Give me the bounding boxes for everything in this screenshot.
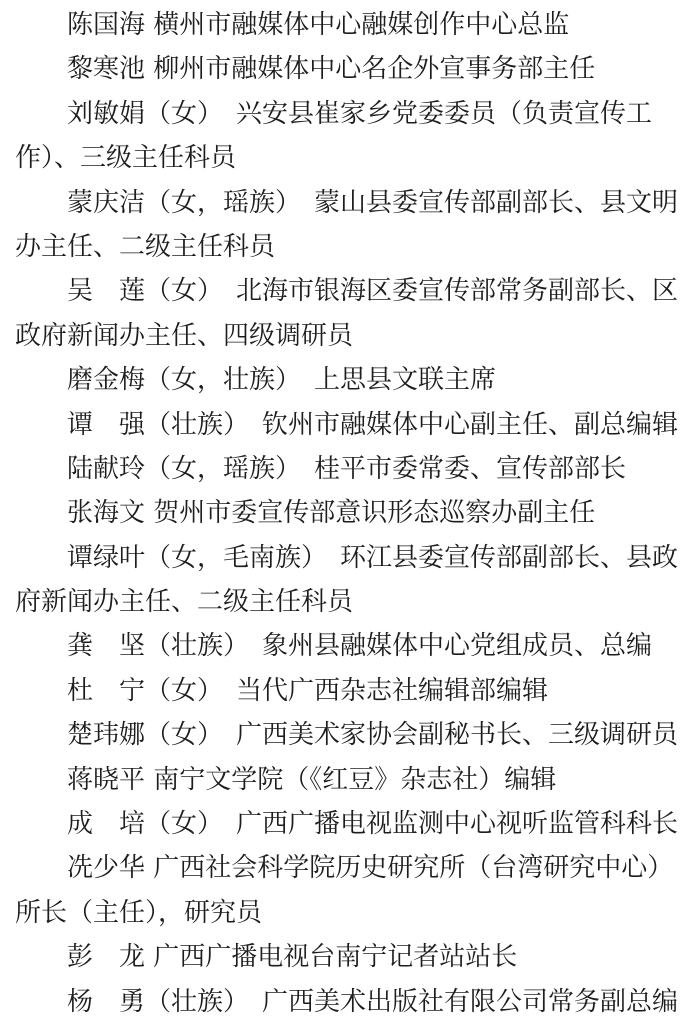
roster-line: 杜 宁（女） 当代广西杂志社编辑部编辑 xyxy=(15,669,696,713)
roster-line: 谭 强（壮族） 钦州市融媒体中心副主任、副总编辑 xyxy=(15,403,696,447)
roster-line: 磨金梅（女，壮族） 上思县文联主席 xyxy=(15,358,696,402)
document-lines: 陈国海 横州市融媒体中心融媒创作中心总监黎寒池 柳州市融媒体中心名企外宣事务部主… xyxy=(15,3,696,1024)
roster-line: 冼少华 广西社会科学院历史研究所（台湾研究中心） xyxy=(15,846,696,890)
roster-line: 陆献玲（女，瑶族） 桂平市委常委、宣传部部长 xyxy=(15,447,696,491)
roster-line: 蒋晓平 南宁文学院（《红豆》杂志社）编辑 xyxy=(15,758,696,802)
roster-line: 作）、三级主任科员 xyxy=(15,136,696,180)
roster-line: 龚 坚（壮族） 象州县融媒体中心党组成员、总编 xyxy=(15,624,696,668)
roster-line: 楚玮娜（女） 广西美术家协会副秘书长、三级调研员 xyxy=(15,713,696,757)
roster-line: 黎寒池 柳州市融媒体中心名企外宣事务部主任 xyxy=(15,47,696,91)
roster-line: 府新闻办主任、二级主任科员 xyxy=(15,580,696,624)
roster-line: 张海文 贺州市委宣传部意识形态巡察办副主任 xyxy=(15,491,696,535)
roster-line: 刘敏娟（女） 兴安县崔家乡党委委员（负责宣传工 xyxy=(15,92,696,136)
roster-line: 成 培（女） 广西广播电视监测中心视听监管科科长 xyxy=(15,802,696,846)
roster-line: 吴 莲（女） 北海市银海区委宣传部常务副部长、区 xyxy=(15,269,696,313)
roster-line: 办主任、二级主任科员 xyxy=(15,225,696,269)
roster-line: 杨 勇（壮族） 广西美术出版社有限公司常务副总编 xyxy=(15,980,696,1024)
roster-line: 谭绿叶（女，毛南族） 环江县委宣传部副部长、县政 xyxy=(15,536,696,580)
roster-line: 彭 龙 广西广播电视台南宁记者站站长 xyxy=(15,935,696,979)
roster-line: 陈国海 横州市融媒体中心融媒创作中心总监 xyxy=(15,3,696,47)
document-page: 陈国海 横州市融媒体中心融媒创作中心总监黎寒池 柳州市融媒体中心名企外宣事务部主… xyxy=(0,0,700,1027)
roster-line: 所长（主任），研究员 xyxy=(15,891,696,935)
roster-line: 蒙庆洁（女，瑶族） 蒙山县委宣传部副部长、县文明 xyxy=(15,181,696,225)
roster-line: 政府新闻办主任、四级调研员 xyxy=(15,314,696,358)
